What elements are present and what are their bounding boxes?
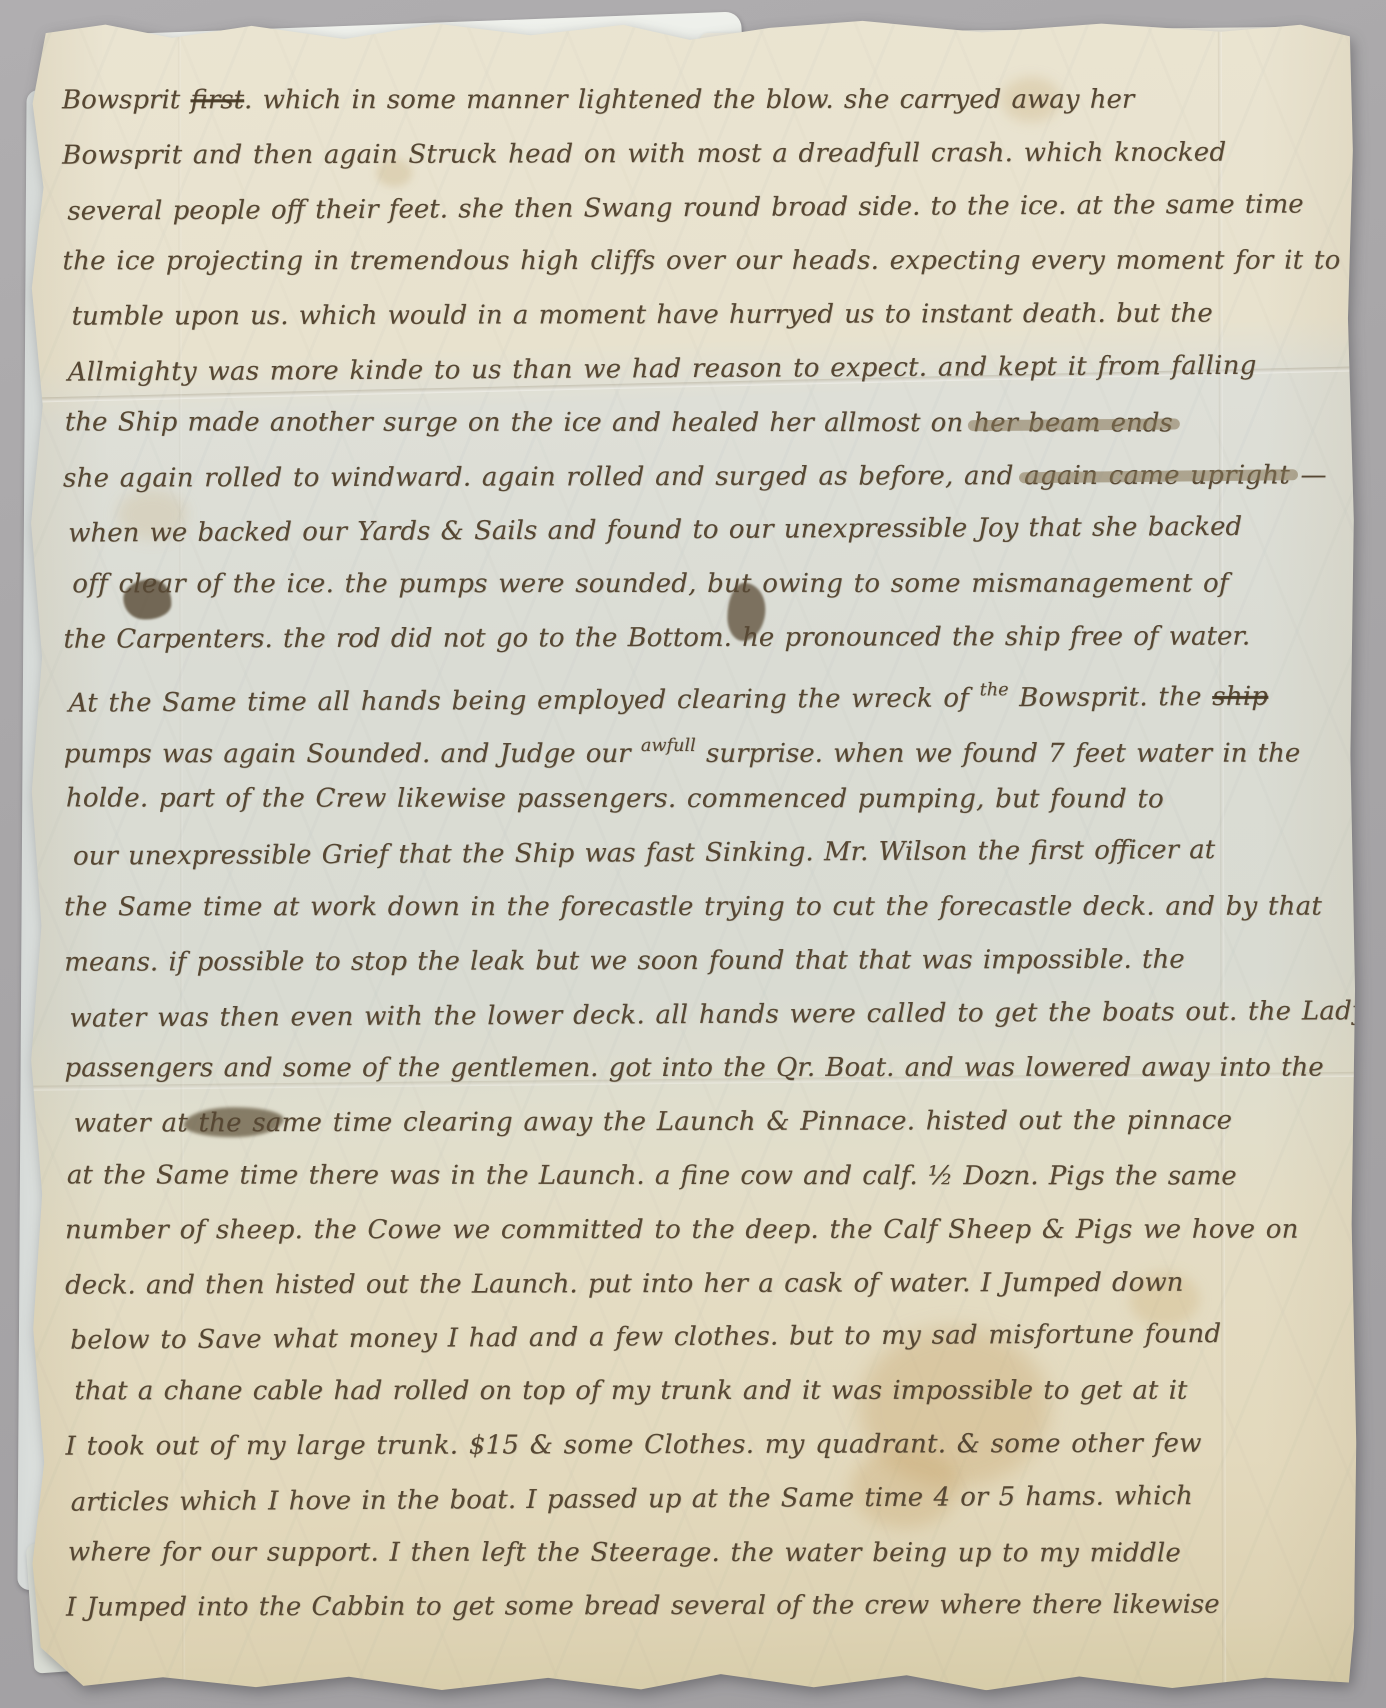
handwritten-text: water was then even with the lower deck.… <box>69 996 1367 1033</box>
smudged-out-text: her beam ends <box>973 408 1172 438</box>
crossed-out-text: ship <box>1212 681 1268 711</box>
letter-line-11: the Carpenters. the rod did not go to th… <box>63 610 1335 667</box>
handwritten-text: means. if possible to stop the leak but … <box>64 944 1184 977</box>
handwritten-text: holde. part of the Crew likewise passeng… <box>66 784 1164 815</box>
letter-line-23: deck. and then histed out the Launch. pu… <box>65 1256 1337 1313</box>
letter-line-6: Allmighty was more kinde to us than we h… <box>68 339 1335 400</box>
handwritten-text: pumps was again Sounded. and Judge our <box>64 739 641 769</box>
letter-line-17: means. if possible to stop the leak but … <box>64 933 1336 990</box>
letter-line-26: I took out of my large trunk. $15 & some… <box>65 1417 1337 1474</box>
letter-line-10: off clear of the ice. the pumps were sou… <box>72 558 1335 612</box>
handwritten-text: that a chane cable had rolled on top of … <box>74 1376 1187 1407</box>
handwritten-text: several people off their feet. she then … <box>67 189 1303 226</box>
handwritten-text: the ice projecting in tremendous high cl… <box>62 246 1340 277</box>
inserted-above-line-text: awfull <box>641 736 696 756</box>
letter-page-wrapper: Bowsprit first. which in some manner lig… <box>28 18 1356 1696</box>
handwritten-text: surprise. when we found 7 feet water in … <box>696 738 1301 768</box>
handwritten-text: tumble upon us. which would in a moment … <box>72 299 1213 332</box>
handwritten-text: she again rolled to windward. again roll… <box>63 461 1024 494</box>
handwritten-text: the Carpenters. the rod did not go to th… <box>63 622 1250 655</box>
letter-line-7: the Ship made another surge on the ice a… <box>65 396 1335 451</box>
letter-line-16: the Same time at work down in the foreca… <box>64 881 1336 935</box>
letter-line-3: several people off their feet. she then … <box>67 178 1334 239</box>
handwritten-text: where for our support. I then left the S… <box>68 1537 1181 1568</box>
letter-line-19: passengers and some of the gentlemen. go… <box>65 1042 1337 1096</box>
handwritten-text: passengers and some of the gentlemen. go… <box>65 1053 1324 1084</box>
inserted-above-line-text: the <box>980 680 1009 700</box>
handwritten-text: deck. and then histed out the Launch. pu… <box>65 1267 1183 1300</box>
letter-line-21: at the Same time there was in the Launch… <box>67 1149 1337 1204</box>
crossed-out-text: first <box>190 85 244 115</box>
handwritten-text: the Ship made another surge on the ice a… <box>65 407 974 438</box>
handwritten-text: I took out of my large trunk. $15 & some… <box>66 1429 1202 1462</box>
letter-line-8: she again rolled to windward. again roll… <box>63 449 1335 506</box>
handwritten-text: Bowsprit and then again Struck head on w… <box>62 137 1226 170</box>
handwritten-text: the Same time at work down in the foreca… <box>64 892 1322 923</box>
handwritten-text: I Jumped into the Cabbin to get some bre… <box>66 1590 1220 1623</box>
handwritten-text: At the Same time all hands being employe… <box>69 683 980 718</box>
handwritten-text: our unexpressible Grief that the Ship wa… <box>73 835 1215 872</box>
letter-line-22: number of sheep. the Cowe we committed t… <box>65 1203 1337 1257</box>
letter-line-12: At the Same time all hands being employe… <box>68 662 1335 723</box>
handwritten-text: below to Save what money I had and a few… <box>70 1319 1221 1356</box>
letter-line-25: that a chane cable had rolled on top of … <box>74 1365 1337 1419</box>
handwritten-text: at the Same time there was in the Launch… <box>67 1160 1237 1191</box>
letter-line-4: the ice projecting in tremendous high cl… <box>62 235 1334 289</box>
letter-line-14: holde. part of the Crew likewise passeng… <box>66 773 1336 828</box>
letter-line-2: Bowsprit and then again Struck head on w… <box>62 126 1334 183</box>
letter-line-28: where for our support. I then left the S… <box>68 1526 1338 1581</box>
handwritten-text: . which in some manner lightened the blo… <box>244 85 1134 115</box>
letter-line-20: water at the same time clearing away the… <box>74 1094 1337 1151</box>
handwritten-text: articles which I hove in the boat. I pas… <box>71 1481 1193 1517</box>
letter-line-24: below to Save what money I had and a few… <box>70 1308 1337 1369</box>
handwritten-text: Bowsprit <box>62 85 190 115</box>
letter-line-18: water was then even with the lower deck.… <box>69 985 1336 1046</box>
photograph-background: Bowsprit first. which in some manner lig… <box>0 0 1386 1708</box>
letter-line-13: pumps was again Sounded. and Judge our a… <box>64 719 1336 773</box>
handwritten-text: water at the same time clearing away the… <box>74 1106 1233 1139</box>
letter-text: Bowsprit first. which in some manner lig… <box>62 72 1338 1635</box>
letter-line-5: tumble upon us. which would in a moment … <box>72 288 1335 345</box>
letter-line-9: when we backed our Yards & Sails and fou… <box>68 501 1335 562</box>
handwritten-text: number of sheep. the Cowe we committed t… <box>65 1214 1299 1245</box>
handwritten-text: when we backed our Yards & Sails and fou… <box>68 512 1242 549</box>
handwritten-text: off clear of the ice. the pumps were sou… <box>72 569 1229 600</box>
letter-page: Bowsprit first. which in some manner lig… <box>26 16 1358 1697</box>
letter-line-29: I Jumped into the Cabbin to get some bre… <box>66 1579 1338 1636</box>
letter-line-27: articles which I hove in the boat. I pas… <box>71 1469 1338 1530</box>
handwritten-text: Bowsprit. the <box>1009 682 1213 713</box>
smudged-out-text: again came upright <box>1024 460 1290 491</box>
letter-line-1: Bowsprit first. which in some manner lig… <box>62 74 1334 128</box>
handwritten-text: Allmighty was more kinde to us than we h… <box>68 351 1257 388</box>
letter-line-15: our unexpressible Grief that the Ship wa… <box>73 823 1336 884</box>
